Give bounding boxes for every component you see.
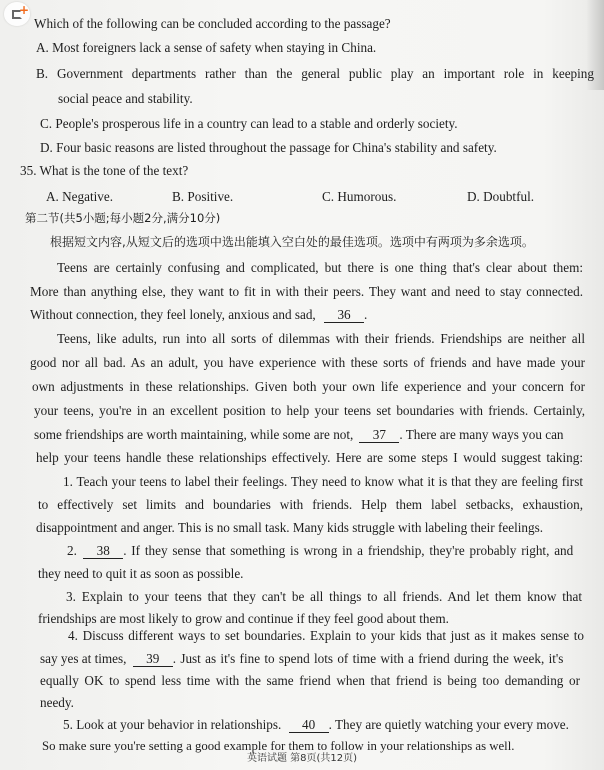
q35-option-b: B. Positive. — [172, 189, 233, 205]
passage-p2-line5-rest: . There are many ways you can — [399, 427, 563, 442]
passage-p1-line2: More than anything else, they want to fi… — [30, 284, 583, 300]
step4-line4: needy. — [40, 695, 74, 711]
passage-p2-line4: your teens, you're in an excellent posit… — [34, 403, 585, 419]
section-heading: 第二节(共5小题;每小题2分,满分10分) — [25, 210, 220, 226]
passage-p1-line1: Teens are certainly confusing and compli… — [57, 260, 583, 276]
passage-p1-line3: Without connection, they feel lonely, an… — [30, 307, 367, 323]
page-footer: 英语试题 第8页(共12页) — [0, 749, 604, 764]
step5-line1: 5. Look at your behavior in relationship… — [63, 717, 569, 733]
blank-38[interactable]: 38 — [83, 544, 123, 559]
passage-p2-line5-text: some friendships are worth maintaining, … — [34, 427, 564, 443]
step2-line2: they need to quit it as soon as possible… — [38, 566, 243, 582]
blank-39[interactable]: 39 — [133, 652, 173, 667]
q34-option-b-cont: social peace and stability. — [58, 91, 193, 107]
q35-option-c: C. Humorous. — [322, 189, 396, 205]
passage-p2-line3: own adjustments in these relationships. … — [32, 379, 585, 395]
step4-line2: say yes at times, 39. Just as it's fine … — [40, 651, 563, 667]
passage-p2-line2: good nor all bad. As an adult, you have … — [30, 355, 585, 371]
period: . — [364, 307, 367, 322]
step3-line2: friendships are most likely to grow and … — [38, 611, 449, 627]
plus-icon: + — [19, 4, 29, 16]
step3-line1: 3. Explain to your teens that they can't… — [66, 589, 582, 605]
blank-37[interactable]: 37 — [359, 428, 399, 443]
step1-line1: 1. Teach your teens to label their feeli… — [63, 474, 583, 490]
step5-rest: . They are quietly watching your every m… — [329, 717, 569, 732]
step4-line1: 4. Discuss different ways to set boundar… — [68, 628, 584, 644]
section-instruction: 根据短文内容,从短文后的选项中选出能填入空白处的最佳选项。选项中有两项为多余选项… — [50, 234, 534, 250]
step4-line3: equally OK to spend less time with the s… — [40, 673, 580, 689]
step4-line2-prefix: say yes at times, — [40, 651, 126, 666]
q35-option-d: D. Doubtful. — [467, 189, 534, 205]
step2-line1: 2. 38. If they sense that something is w… — [67, 543, 573, 559]
q34-option-c: C. People's prosperous life in a country… — [40, 116, 458, 132]
blank-40[interactable]: 40 — [289, 718, 329, 733]
question-35-stem: 35. What is the tone of the text? — [20, 163, 188, 179]
step1-line2: to effectively set limits and boundaries… — [38, 497, 583, 513]
blank-36[interactable]: 36 — [324, 308, 364, 323]
step1-line3: disappointment and anger. This is no sma… — [36, 520, 543, 536]
passage-p2-line6: help your teens handle these relationshi… — [36, 450, 583, 466]
passage-p2-line1: Teens, like adults, run into all sorts o… — [57, 331, 585, 347]
step5-prefix: 5. Look at your behavior in relationship… — [63, 717, 281, 732]
step2-rest: . If they sense that something is wrong … — [123, 543, 573, 558]
step4-line2-rest: . Just as it's fine to spend lots of tim… — [173, 651, 564, 666]
q34-option-d: D. Four basic reasons are listed through… — [40, 140, 497, 156]
exam-page: + Which of the following can be conclude… — [0, 0, 604, 770]
q34-option-a: A. Most foreigners lack a sense of safet… — [36, 40, 376, 56]
q34-option-b: B. Government departments rather than th… — [36, 66, 594, 82]
step2-prefix: 2. — [67, 543, 77, 558]
passage-p2-line5-prefix: some friendships are worth maintaining, … — [34, 427, 353, 442]
q35-option-a: A. Negative. — [46, 189, 113, 205]
question-34-stem: Which of the following can be concluded … — [34, 16, 391, 32]
passage-p1-line3-text: Without connection, they feel lonely, an… — [30, 307, 316, 322]
add-note-icon[interactable]: + — [4, 2, 30, 26]
passage-p2-line5: some friendships are worth maintaining, … — [34, 427, 585, 443]
